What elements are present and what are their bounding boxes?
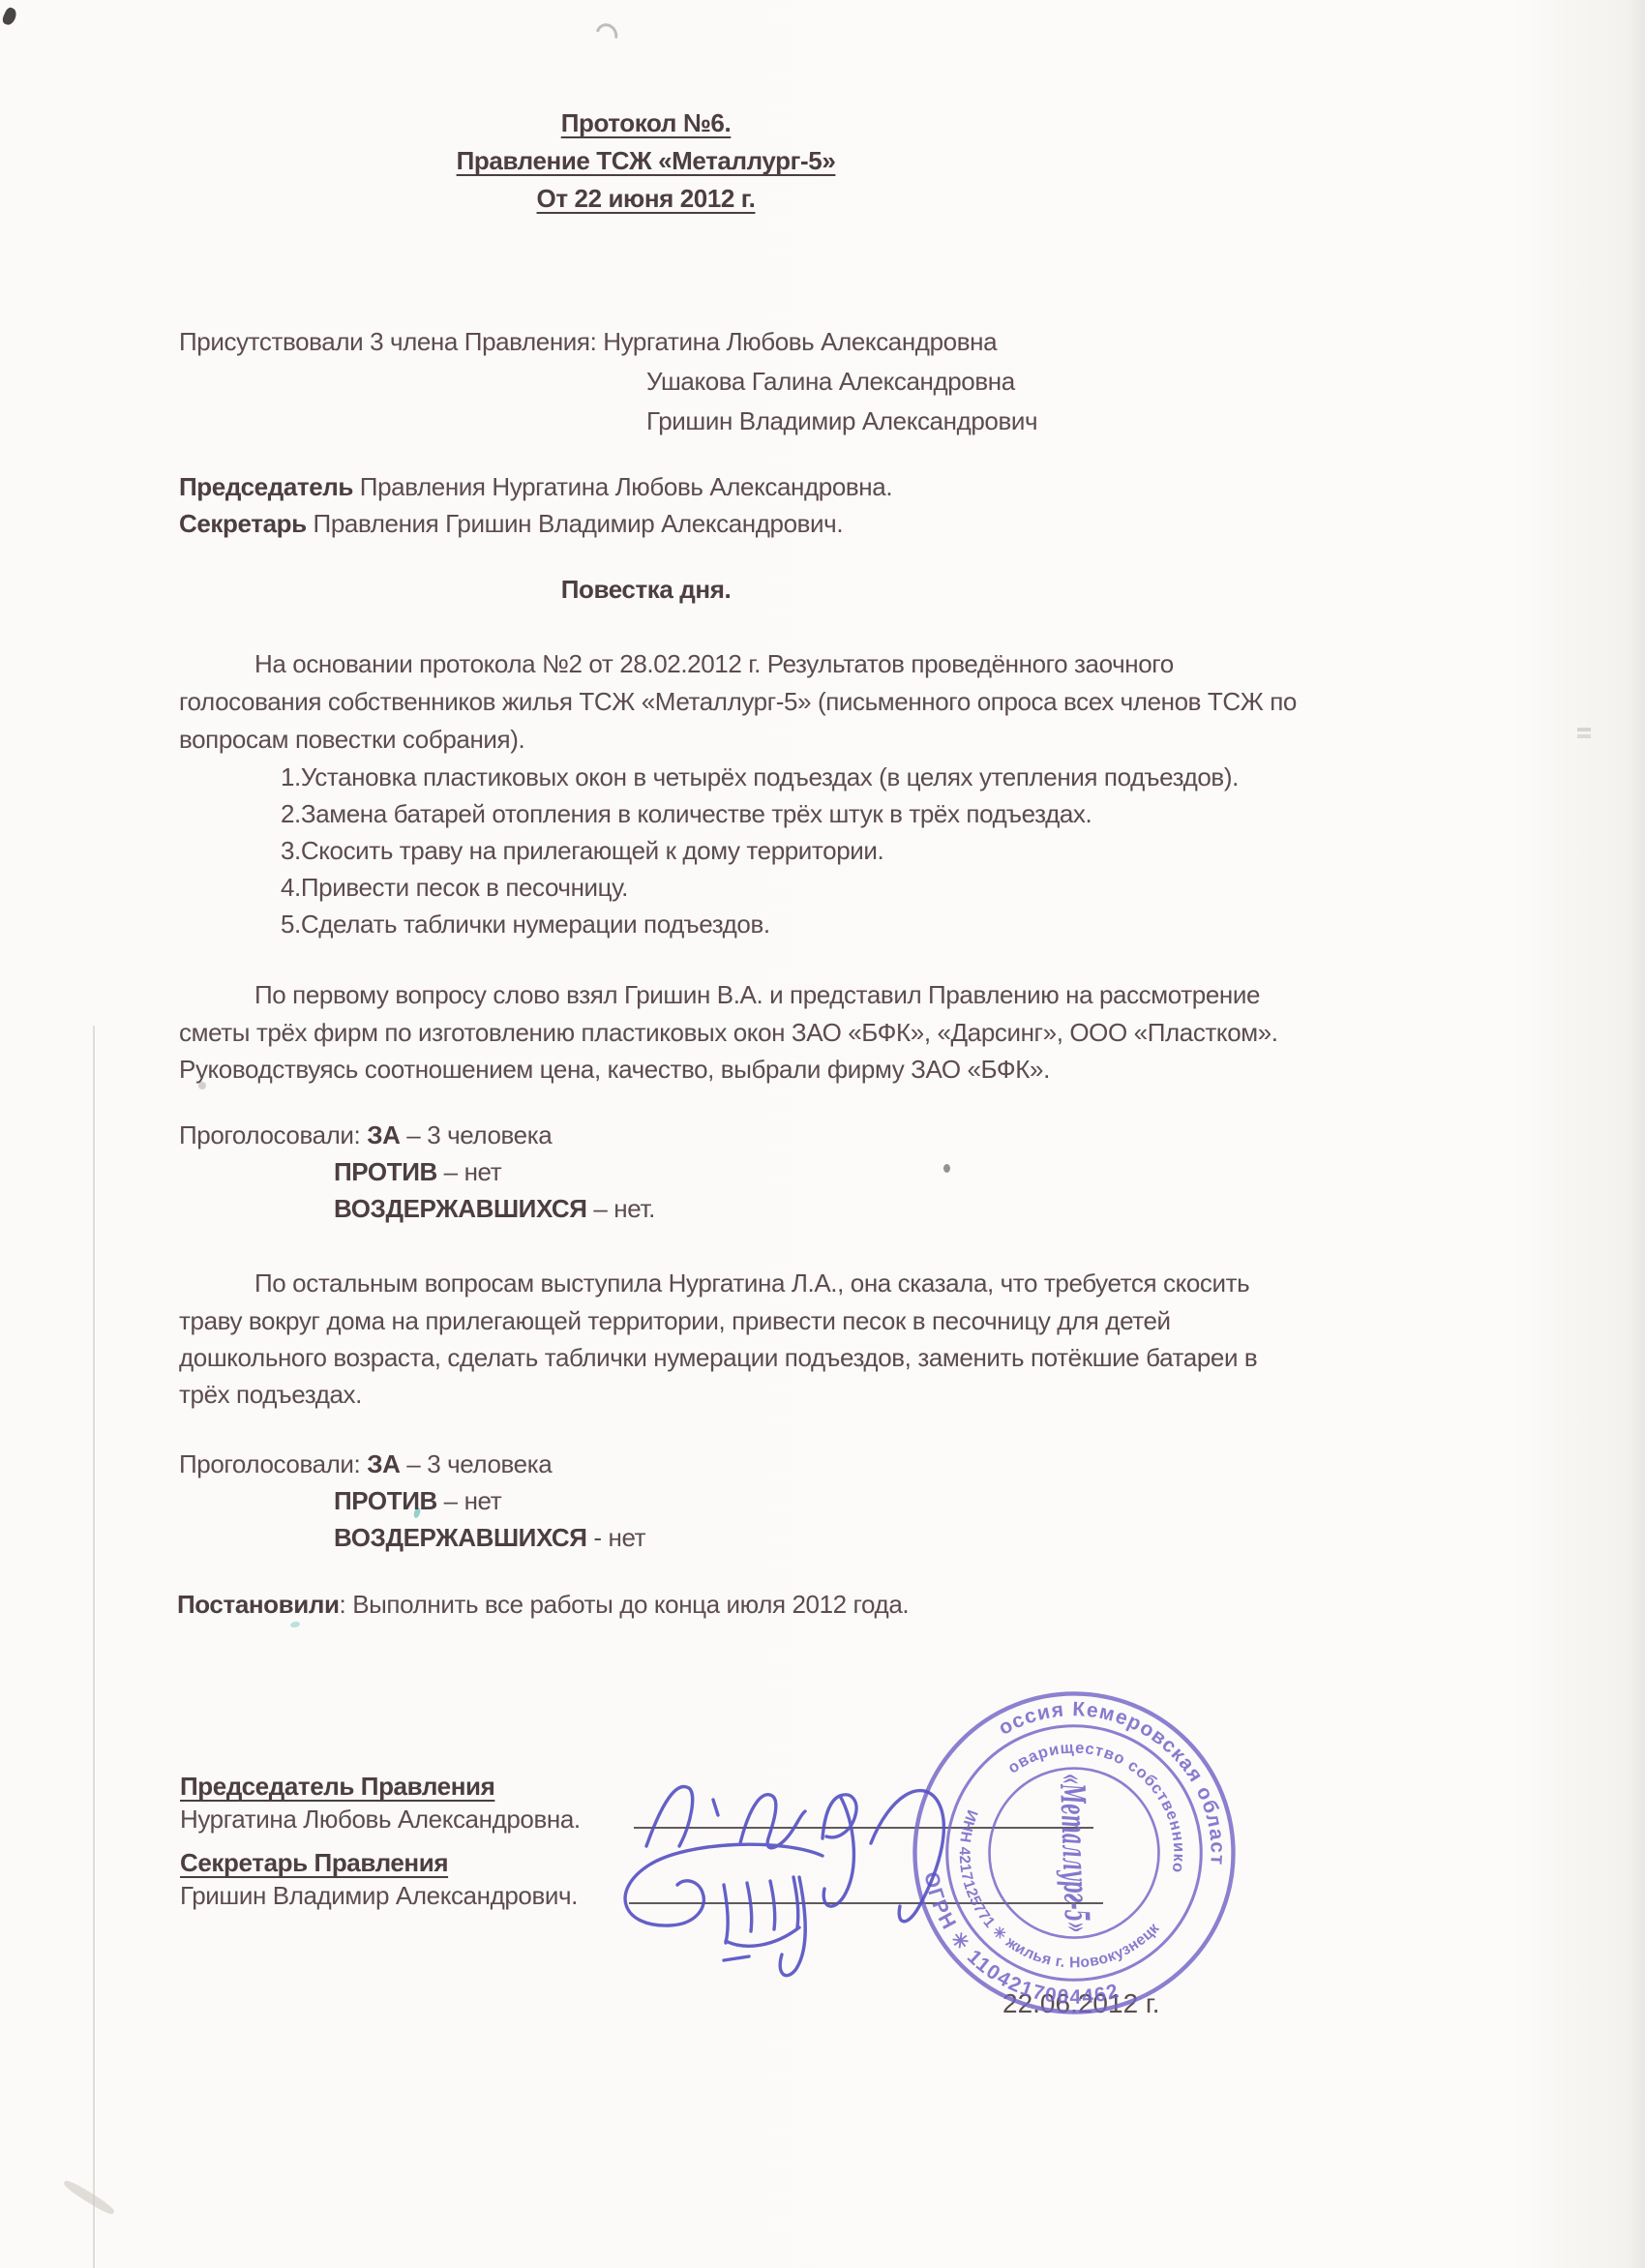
title-line-2: Правление ТСЖ «Металлург-5» <box>174 142 1118 180</box>
vote2-against-line: ПРОТИВ – нет <box>334 1484 501 1517</box>
resolution-line: Постановили: Выполнить все работы до кон… <box>177 1588 909 1621</box>
vote2-za-label: ЗА <box>367 1449 400 1478</box>
handwritten-signatures <box>581 1761 1122 1984</box>
vote2-abstain-label: ВОЗДЕРЖАВШИХСЯ <box>334 1523 587 1552</box>
intro-line-3: вопросам повестки собрания). <box>179 723 524 756</box>
agenda-item-5: 5.Сделать таблички нумерации подъездов. <box>281 908 770 940</box>
vote1-za-rest: – 3 человека <box>400 1120 552 1149</box>
vote1-za-label: ЗА <box>367 1120 400 1149</box>
q2-line-1: По остальным вопросам выступила Нургатин… <box>254 1267 1249 1299</box>
agenda-item-4: 4.Привести песок в песочницу. <box>281 871 628 904</box>
secretary-signature-name: Гришин Владимир Александрович. <box>180 1879 578 1912</box>
q2-line-3: дошкольного возраста, сделать таблички н… <box>179 1341 1257 1374</box>
scan-artifact <box>62 2178 116 2217</box>
vote2-abstain-rest: - нет <box>587 1523 646 1552</box>
title-line-3: От 22 июня 2012 г. <box>174 180 1118 218</box>
agenda-item-3: 3.Скосить траву на прилегающей к дому те… <box>281 834 883 867</box>
q1-line-1: По первому вопросу слово взял Гришин В.А… <box>254 978 1260 1011</box>
scan-artifact <box>289 1621 300 1628</box>
secretary-label: Секретарь <box>179 509 307 538</box>
secretary-rest: Правления Гришин Владимир Александрович. <box>307 509 843 538</box>
vote2-against-label: ПРОТИВ <box>334 1486 437 1515</box>
agenda-item-1: 1.Установка пластиковых окон в четырёх п… <box>281 761 1239 793</box>
vote2-against-rest: – нет <box>437 1486 501 1515</box>
secretary-signature-ink <box>625 1844 822 1975</box>
title-line-1: Протокол №6. <box>174 104 1118 142</box>
scanned-protocol-page: Протокол №6. Правление ТСЖ «Металлург-5»… <box>0 0 1645 2268</box>
chairman-signature-title: Председатель Правления <box>180 1770 494 1803</box>
vote2-za-line: Проголосовали: ЗА – 3 человека <box>179 1447 552 1480</box>
vote1-against-rest: – нет <box>437 1157 501 1186</box>
document-title: Протокол №6. Правление ТСЖ «Металлург-5»… <box>174 104 1118 218</box>
resolution-rest: : Выполнить все работы до конца июля 201… <box>340 1590 910 1619</box>
scan-artifact <box>1 6 18 26</box>
vote2-abstain-line: ВОЗДЕРЖАВШИХСЯ - нет <box>334 1521 645 1554</box>
vote2-za-rest: – 3 человека <box>400 1449 552 1478</box>
secretary-signature-title: Секретарь Правления <box>180 1846 448 1879</box>
q1-line-3: Руководствуясь соотношением цена, качест… <box>179 1053 1050 1086</box>
intro-line-1: На основании протокола №2 от 28.02.2012 … <box>254 647 1174 680</box>
vote1-abstain-rest: – нет. <box>587 1194 655 1223</box>
chairman-signature-name: Нургатина Любовь Александровна. <box>180 1803 581 1835</box>
secretary-line: Секретарь Правления Гришин Владимир Алек… <box>179 507 843 540</box>
chairman-label: Председатель <box>179 472 353 501</box>
q1-line-2: сметы трёх фирм по изготовлению пластико… <box>179 1016 1278 1049</box>
vote2-prefix: Проголосовали: <box>179 1449 367 1478</box>
chairman-signature-ink <box>646 1786 943 1921</box>
attendees-line-3: Гришин Владимир Александрович <box>646 404 1037 437</box>
vote1-against-label: ПРОТИВ <box>334 1157 437 1186</box>
scan-artifact <box>93 1026 95 2268</box>
chairman-rest: Правления Нургатина Любовь Александровна… <box>353 472 892 501</box>
chairman-line: Председатель Правления Нургатина Любовь … <box>179 470 892 503</box>
resolution-label: Постановили <box>177 1590 340 1619</box>
attendees-line-2: Ушакова Галина Александровна <box>646 365 1015 398</box>
intro-line-2: голосования собственников жилья ТСЖ «Мет… <box>179 685 1297 718</box>
agenda-heading: Повестка дня. <box>174 575 1118 605</box>
vote1-against-line: ПРОТИВ – нет <box>334 1155 501 1188</box>
agenda-item-2: 2.Замена батарей отопления в количестве … <box>281 797 1092 830</box>
attendees-line-1: Присутствовали 3 члена Правления: Нургат… <box>179 325 997 358</box>
scan-artifact <box>591 19 621 50</box>
scan-artifact <box>1577 728 1591 731</box>
vote1-za-line: Проголосовали: ЗА – 3 человека <box>179 1119 552 1151</box>
q2-line-2: траву вокруг дома на прилегающей террито… <box>179 1304 1171 1337</box>
vote1-prefix: Проголосовали: <box>179 1120 367 1149</box>
q2-line-4: трёх подъездах. <box>179 1378 362 1411</box>
vote1-abstain-label: ВОЗДЕРЖАВШИХСЯ <box>334 1194 587 1223</box>
vote1-abstain-line: ВОЗДЕРЖАВШИХСЯ – нет. <box>334 1192 655 1225</box>
scan-artifact <box>943 1164 950 1173</box>
